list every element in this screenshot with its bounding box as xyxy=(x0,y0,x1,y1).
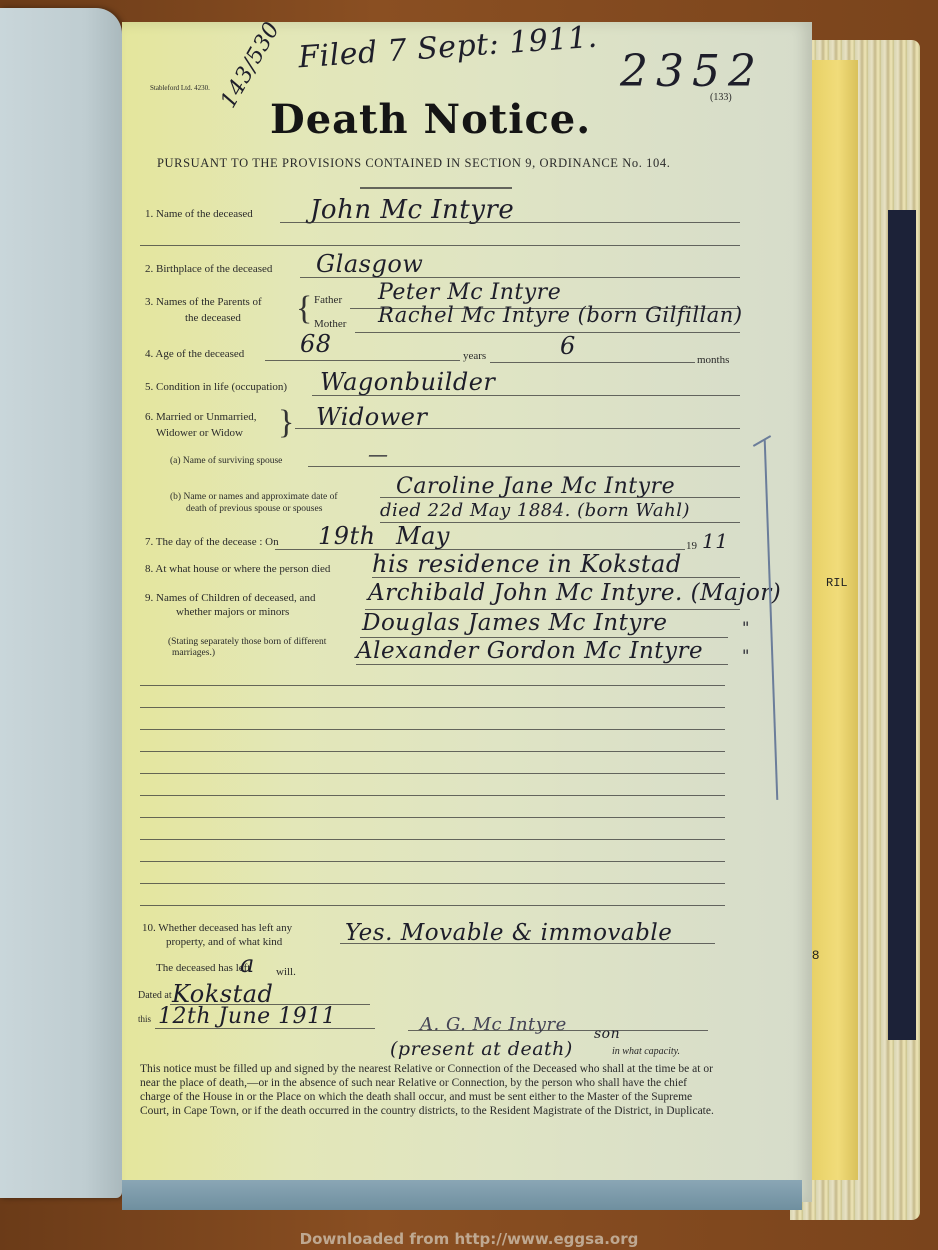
property-label: 10. Whether deceased has left any xyxy=(142,922,292,934)
child-name[interactable]: Alexander Gordon Mc Intyre xyxy=(356,638,703,664)
page-bottom-edge xyxy=(122,1180,802,1210)
blank-line xyxy=(140,839,725,840)
child-name[interactable]: Douglas James Mc Intyre xyxy=(362,610,667,636)
ditto-mark: " xyxy=(742,646,750,665)
field-line xyxy=(490,362,695,363)
field-line xyxy=(355,332,740,333)
previous-spouse-label-2: death of previous spouse or spouses xyxy=(186,504,322,514)
blank-line xyxy=(140,751,725,752)
blank-line xyxy=(140,685,725,686)
this-label: this xyxy=(138,1014,151,1024)
ditto-mark: " xyxy=(742,618,750,637)
book-binding xyxy=(888,210,916,1040)
mother-value[interactable]: Rachel Mc Intyre (born Gilfillan) xyxy=(378,303,743,327)
this-date-value[interactable]: 12th June 1911 xyxy=(158,1004,336,1029)
printer-imprint: Stableford Ltd. 4230. xyxy=(150,84,210,92)
capacity-note[interactable]: (present at death) xyxy=(390,1038,573,1060)
name-value[interactable]: John Mc Intyre xyxy=(310,195,514,225)
months-label: months xyxy=(697,354,729,366)
field-line xyxy=(280,222,740,223)
mother-label: Mother xyxy=(314,318,346,330)
marital-value[interactable]: Widower xyxy=(316,403,427,431)
place-value[interactable]: his residence in Kokstad xyxy=(372,550,682,578)
year-value[interactable]: 11 xyxy=(702,529,728,553)
source-watermark: Downloaded from http://www.eggsa.org xyxy=(0,1230,938,1248)
field-line xyxy=(380,497,740,498)
blank-line xyxy=(140,773,725,774)
dated-at-label: Dated at xyxy=(138,990,172,1001)
field-line xyxy=(356,664,728,665)
previous-spouse-name[interactable]: Caroline Jane Mc Intyre xyxy=(396,474,675,499)
age-months-value[interactable]: 6 xyxy=(560,332,576,360)
day-value[interactable]: 19th xyxy=(318,522,376,550)
parents-label-2: the deceased xyxy=(185,312,241,324)
year-prefix: 19 xyxy=(686,540,697,552)
field-line xyxy=(155,1028,375,1029)
brace: } xyxy=(278,404,294,442)
father-label: Father xyxy=(314,294,342,306)
property-label-2: property, and of what kind xyxy=(166,936,282,948)
field-line xyxy=(372,577,740,578)
blank-line xyxy=(140,817,725,818)
will-value[interactable]: a xyxy=(240,950,255,978)
left-blank-page xyxy=(0,8,122,1198)
field-line xyxy=(265,360,460,361)
children-note: (Stating separately those born of differ… xyxy=(168,637,326,647)
instructions-text: This notice must be filled up and signed… xyxy=(140,1062,720,1118)
father-value[interactable]: Peter Mc Intyre xyxy=(378,280,561,305)
capacity-value[interactable]: son xyxy=(594,1026,620,1042)
occupation-label: 5. Condition in life (occupation) xyxy=(145,381,287,393)
field-line xyxy=(308,466,740,467)
side-tab-label: RIL xyxy=(826,576,848,590)
marital-label: 6. Married or Unmarried, xyxy=(145,411,257,423)
child-name[interactable]: Archibald John Mc Intyre. (Major) xyxy=(368,580,781,606)
blank-line xyxy=(140,861,725,862)
field-line xyxy=(300,277,740,278)
place-label: 8. At what house or where the person die… xyxy=(145,563,330,575)
marital-label-2: Widower or Widow xyxy=(156,427,243,439)
signature-value[interactable]: A. G. Mc Intyre xyxy=(420,1014,567,1035)
form-number: (133) xyxy=(710,92,732,103)
birthplace-value[interactable]: Glasgow xyxy=(316,250,423,278)
age-years-value[interactable]: 68 xyxy=(300,330,332,358)
previous-spouse-death[interactable]: died 22d May 1884. (born Wahl) xyxy=(380,500,690,521)
children-note-2: marriages.) xyxy=(172,648,215,658)
title-rule xyxy=(360,187,512,189)
surviving-spouse-value[interactable]: — xyxy=(368,442,389,466)
field-line xyxy=(140,245,740,246)
signature-line xyxy=(408,1030,708,1031)
capacity-label: in what capacity. xyxy=(612,1046,680,1057)
will-label-after: will. xyxy=(276,966,296,978)
blank-line xyxy=(140,729,725,730)
will-label: The deceased has left xyxy=(156,962,250,974)
occupation-value[interactable]: Wagonbuilder xyxy=(320,368,495,396)
brace: { xyxy=(296,290,312,328)
parents-label: 3. Names of the Parents of xyxy=(145,296,262,308)
previous-spouse-label: (b) Name or names and approximate date o… xyxy=(170,492,338,502)
blank-line xyxy=(140,883,725,884)
blank-line xyxy=(140,795,725,796)
month-value[interactable]: May xyxy=(396,522,450,550)
yellow-divider-page xyxy=(808,60,858,1180)
blank-line xyxy=(140,905,725,906)
field-line xyxy=(312,395,740,396)
page-title: Death Notice. xyxy=(270,96,591,143)
children-label-2: whether majors or minors xyxy=(176,606,289,618)
birthplace-label: 2. Birthplace of the deceased xyxy=(145,263,272,275)
field-line xyxy=(340,943,715,944)
name-label: 1. Name of the deceased xyxy=(145,208,253,220)
age-label: 4. Age of the deceased xyxy=(145,348,244,360)
day-label: 7. The day of the decease : On xyxy=(145,536,279,548)
surviving-spouse-label: (a) Name of surviving spouse xyxy=(170,456,282,466)
file-number: 2352 xyxy=(620,46,764,97)
blank-line xyxy=(140,707,725,708)
page-subtitle: PURSUANT TO THE PROVISIONS CONTAINED IN … xyxy=(157,156,670,171)
years-label: years xyxy=(463,350,486,362)
field-line xyxy=(295,428,740,429)
children-label: 9. Names of Children of deceased, and xyxy=(145,592,315,604)
